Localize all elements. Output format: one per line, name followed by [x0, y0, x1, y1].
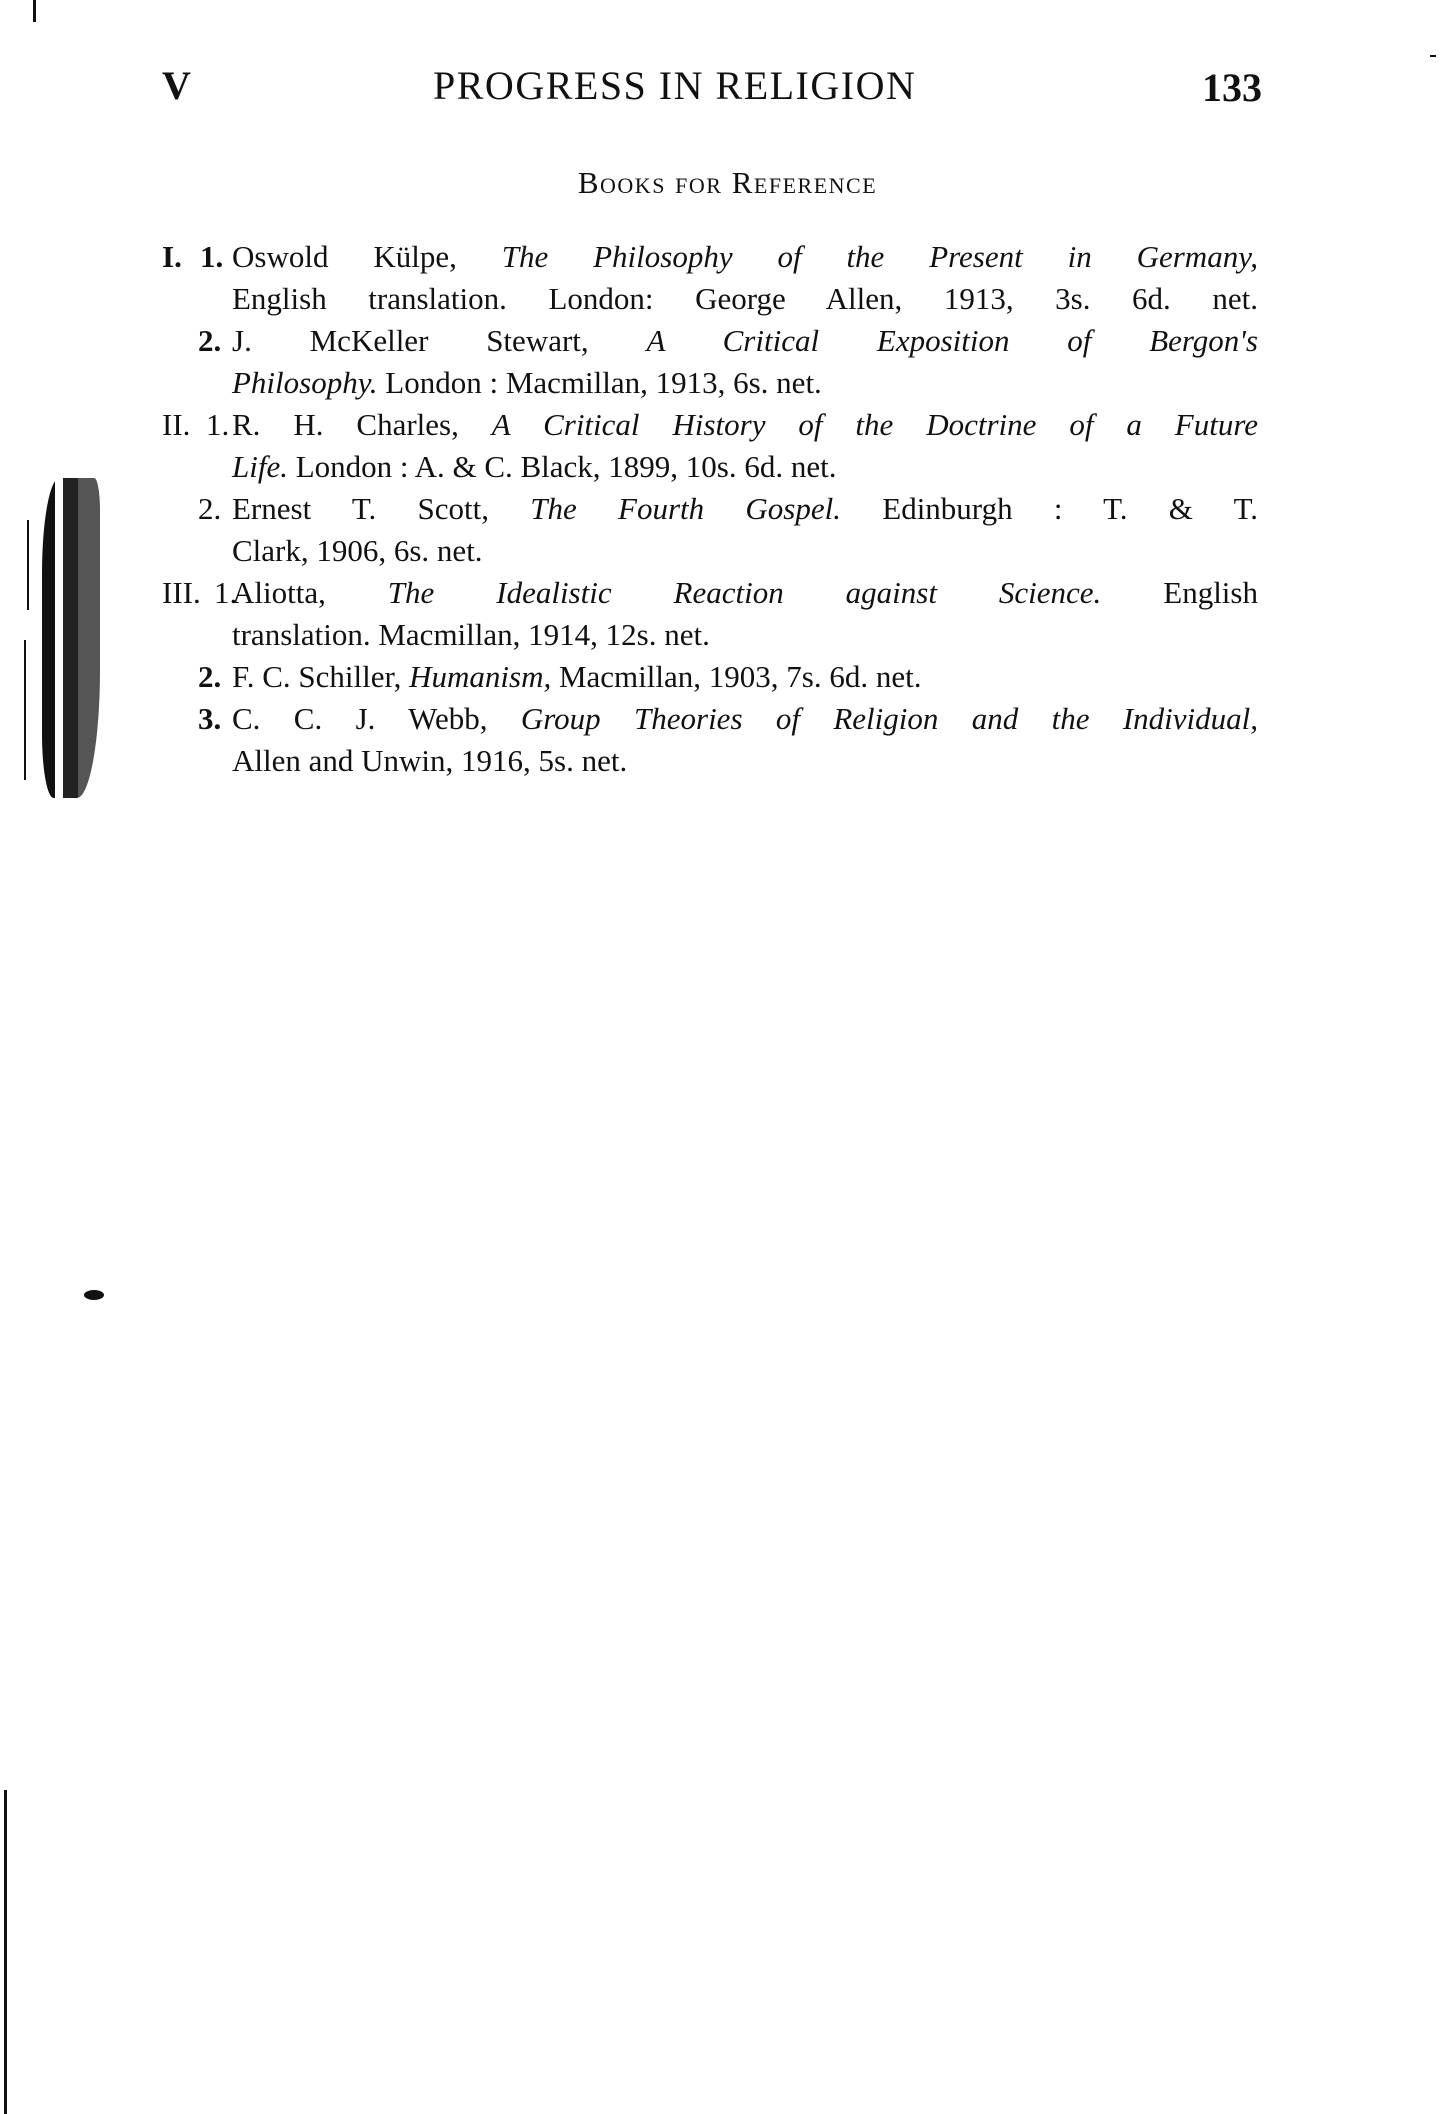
scan-mark-left-line [27, 520, 29, 610]
reference-text: Life. London : A. & C. Black, 1899, 10s.… [232, 446, 1258, 488]
scan-blob [84, 1290, 104, 1300]
reference-text: Philosophy. London : Macmillan, 1913, 6s… [232, 362, 1258, 404]
reference-line: 2. Ernest T. Scott, The Fourth Gospel. E… [162, 488, 1258, 530]
section-heading: Books for Reference [0, 165, 1455, 201]
reference-line: Philosophy. London : Macmillan, 1913, 6s… [162, 362, 1258, 404]
scan-smudge-left [42, 478, 100, 798]
item-number: 1. [206, 404, 229, 446]
reference-text: Aliotta, The Idealistic Reaction against… [232, 572, 1258, 614]
reference-line: 2. J. McKeller Stewart, A Critical Expos… [162, 320, 1258, 362]
item-number: 3. [198, 698, 221, 740]
reference-text: Ernest T. Scott, The Fourth Gospel. Edin… [232, 488, 1258, 530]
reference-text: translation. Macmillan, 1914, 12s. net. [232, 614, 1258, 656]
reference-text: J. McKeller Stewart, A Critical Expositi… [232, 320, 1258, 362]
chapter-title: PROGRESS IN RELIGION [433, 62, 916, 109]
reference-text: R. H. Charles, A Critical History of the… [232, 404, 1258, 446]
reference-text: F. C. Schiller, Humanism, Macmillan, 190… [232, 656, 1258, 698]
reference-text: Oswold Külpe, The Philosophy of the Pres… [232, 236, 1258, 278]
item-number: 2. [198, 656, 221, 698]
chapter-number: V [162, 62, 191, 109]
reference-text: Clark, 1906, 6s. net. [232, 530, 1258, 572]
reference-line: Life. London : A. & C. Black, 1899, 10s.… [162, 446, 1258, 488]
book-page: V PROGRESS IN RELIGION 133 Books for Ref… [0, 0, 1455, 2114]
scan-mark-top [33, 0, 36, 22]
reference-text: Allen and Unwin, 1916, 5s. net. [232, 740, 1258, 782]
reference-line: 3. C. C. J. Webb, Group Theories of Reli… [162, 698, 1258, 740]
reference-line: Allen and Unwin, 1916, 5s. net. [162, 740, 1258, 782]
reference-text: English translation. London: George Alle… [232, 278, 1258, 320]
running-head: V PROGRESS IN RELIGION 133 [162, 62, 1262, 112]
reference-line: II. 1. R. H. Charles, A Critical History… [162, 404, 1258, 446]
reference-list: I. 1. Oswold Külpe, The Philosophy of th… [162, 236, 1258, 782]
reference-line: translation. Macmillan, 1914, 12s. net. [162, 614, 1258, 656]
scan-mark-bottom-left [4, 1790, 7, 2114]
item-number: 1. [200, 236, 223, 278]
scan-mark-left-line-2 [24, 640, 26, 780]
reference-line: III. 1. Aliotta, The Idealistic Reaction… [162, 572, 1258, 614]
scan-mark-right [1430, 55, 1436, 57]
reference-line: I. 1. Oswold Külpe, The Philosophy of th… [162, 236, 1258, 278]
reference-text: C. C. J. Webb, Group Theories of Religio… [232, 698, 1258, 740]
reference-line: English translation. London: George Alle… [162, 278, 1258, 320]
item-number: 2. [198, 320, 221, 362]
reference-line: Clark, 1906, 6s. net. [162, 530, 1258, 572]
reference-line: 2. F. C. Schiller, Humanism, Macmillan, … [162, 656, 1258, 698]
page-number: 133 [1202, 64, 1262, 111]
item-number: 2. [198, 488, 221, 530]
